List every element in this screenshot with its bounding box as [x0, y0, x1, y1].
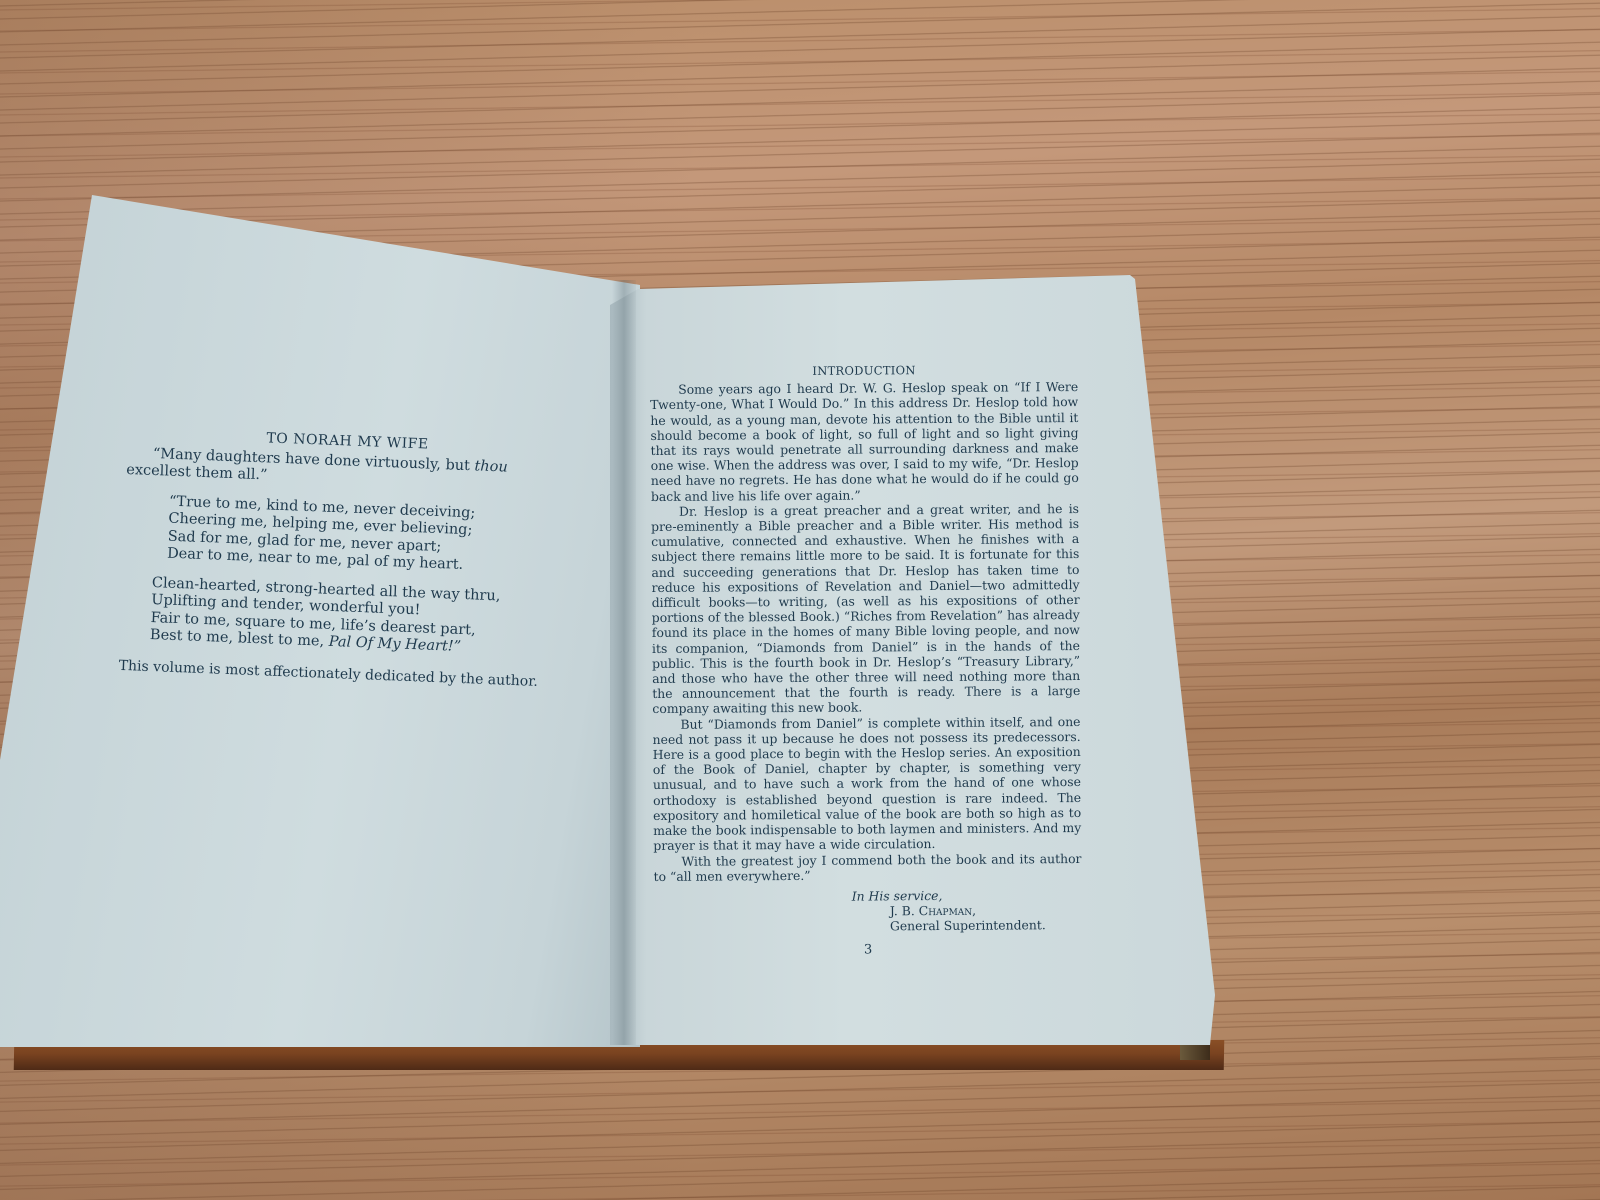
book-gutter [612, 280, 636, 1045]
introduction-title: INTRODUCTION [650, 362, 1078, 380]
intro-paragraph: Dr. Heslop is a great preacher and a gre… [651, 501, 1080, 717]
dedication-text: TO NORAH MY WIFE “Many daughters have do… [118, 425, 567, 692]
intro-paragraph: But “Diamonds from Daniel” is complete w… [652, 714, 1081, 854]
poem-stanza-2: Clean-hearted, strong-hearted all the wa… [150, 575, 562, 661]
poem-stanza-1: “True to me, kind to me, never deceiving… [167, 493, 565, 578]
page-number: 3 [654, 941, 1082, 959]
introduction-text: INTRODUCTION Some years ago I heard Dr. … [650, 362, 1082, 959]
intro-paragraph: With the greatest joy I commend both the… [653, 851, 1081, 884]
epigraph-italic: thou [474, 458, 508, 475]
intro-paragraph: Some years ago I heard Dr. W. G. Heslop … [650, 379, 1079, 504]
signoff-role: General Superintendent. [890, 917, 1082, 934]
signoff-salutation: In His service, [852, 887, 1082, 904]
signoff-name: J. B. Chapman, [890, 902, 1082, 919]
signature-block: In His service, J. B. Chapman, General S… [654, 887, 1082, 936]
